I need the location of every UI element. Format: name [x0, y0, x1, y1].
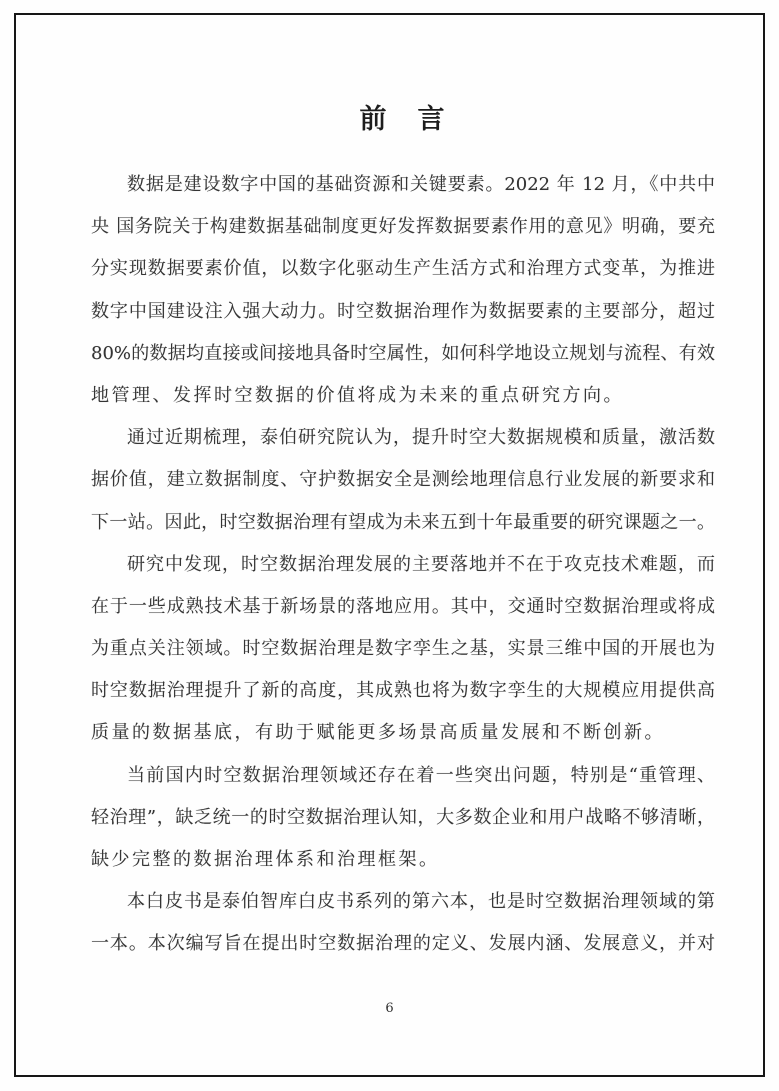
paragraph-line: 下一站。因此，时空数据治理有望成为未来五到十年最重要的研究课题之一。 [91, 502, 715, 544]
document-page: 前 言 数据是建设数字中国的基础资源和关键要素。2022 年 12 月，《中共中… [0, 0, 779, 1091]
paragraph-line: 为重点关注领域。时空数据治理是数字孪生之基，实景三维中国的开展也为 [91, 628, 715, 670]
page-number: 6 [0, 1001, 779, 1016]
page-title: 前 言 [91, 96, 715, 144]
paragraph-line: 据价值，建立数据制度、守护数据安全是测绘地理信息行业发展的新要求和 [91, 459, 715, 501]
paragraph-line: 数字中国建设注入强大动力。时空数据治理作为数据要素的主要部分，超过 [91, 291, 715, 333]
paragraph-line: 当前国内时空数据治理领域还存在着一些突出问题，特别是“重管理、 [91, 755, 715, 797]
paragraph-line: 地管理、发挥时空数据的价值将成为未来的重点研究方向。 [91, 375, 715, 417]
paragraph-line: 分实现数据要素价值，以数字化驱动生产生活方式和治理方式变革，为推进 [91, 248, 715, 290]
paragraph: 通过近期梳理，泰伯研究院认为，提升时空大数据规模和质量，激活数 据价值，建立数据… [91, 417, 715, 544]
paragraph-line: 时空数据治理提升了新的高度，其成熟也将为数字孪生的大规模应用提供高 [91, 670, 715, 712]
paragraph-line: 缺少完整的数据治理体系和治理框架。 [91, 839, 715, 881]
paragraph-line: 通过近期梳理，泰伯研究院认为，提升时空大数据规模和质量，激活数 [91, 417, 715, 459]
paragraph: 研究中发现，时空数据治理发展的主要落地并不在于攻克技术难题，而 在于一些成熟技术… [91, 544, 715, 755]
paragraph-line: 数据是建设数字中国的基础资源和关键要素。2022 年 12 月，《中共中 [91, 164, 715, 206]
paragraph-line: 本白皮书是泰伯智库白皮书系列的第六本，也是时空数据治理领域的第 [91, 881, 715, 923]
paragraph-line: 质量的数据基底，有助于赋能更多场景高质量发展和不断创新。 [91, 712, 715, 754]
page-content: 前 言 数据是建设数字中国的基础资源和关键要素。2022 年 12 月，《中共中… [91, 96, 715, 966]
paragraph: 当前国内时空数据治理领域还存在着一些突出问题，特别是“重管理、 轻治理”，缺乏统… [91, 755, 715, 882]
paragraph-line: 在于一些成熟技术基于新场景的落地应用。其中，交通时空数据治理或将成 [91, 586, 715, 628]
paragraph-line: 轻治理”，缺乏统一的时空数据治理认知，大多数企业和用户战略不够清晰， [91, 797, 715, 839]
paragraph-line: 80%的数据均直接或间接地具备时空属性，如何科学地设立规划与流程、有效 [91, 333, 715, 375]
paragraph-line: 研究中发现，时空数据治理发展的主要落地并不在于攻克技术难题，而 [91, 544, 715, 586]
paragraph: 数据是建设数字中国的基础资源和关键要素。2022 年 12 月，《中共中 央 国… [91, 164, 715, 417]
paragraph-line: 央 国务院关于构建数据基础制度更好发挥数据要素作用的意见》明确，要充 [91, 206, 715, 248]
paragraph: 本白皮书是泰伯智库白皮书系列的第六本，也是时空数据治理领域的第 一本。本次编写旨… [91, 881, 715, 965]
paragraph-line: 一本。本次编写旨在提出时空数据治理的定义、发展内涵、发展意义，并对 [91, 923, 715, 965]
